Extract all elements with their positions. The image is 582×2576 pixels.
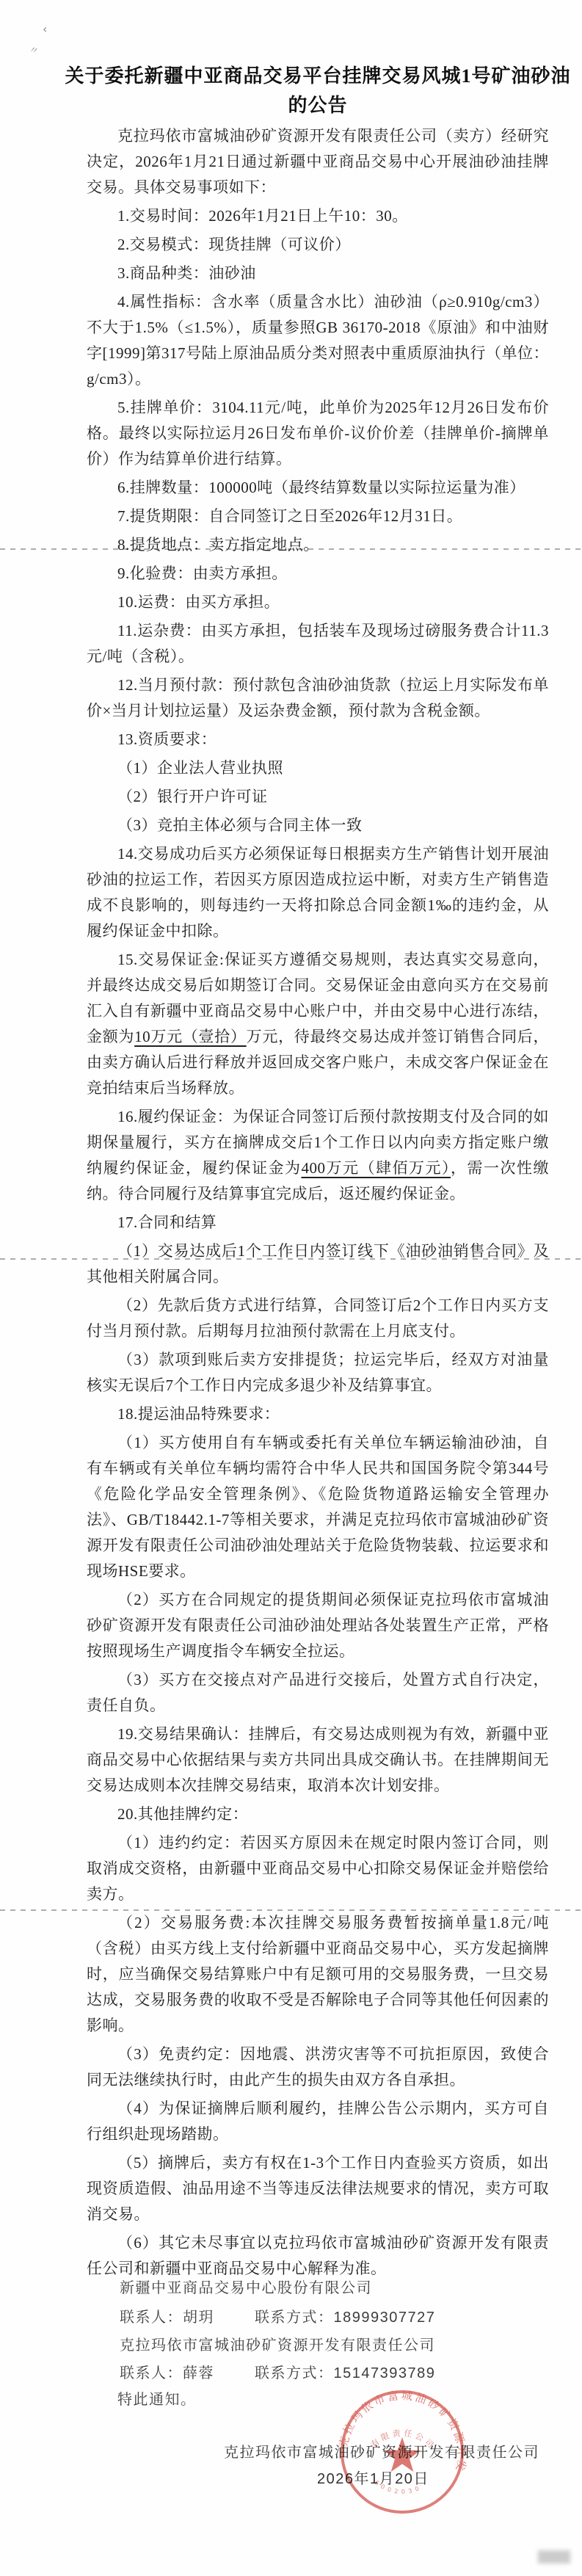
item-20-sub-2: （2）交易服务费:本次挂牌交易服务费暂按摘单量1.8元/吨（含税）由买方线上支付… (87, 1910, 549, 2039)
item-15: 15.交易保证金:保证买方遵循交易规则，表达真实交易意向，并最终达成交易后如期签… (87, 947, 549, 1101)
item-20-sub-6: （6）其它未尽事宜以克拉玛依市富城油砂矿资源开发有限责任公司和新疆中亚商品交易中… (87, 2230, 549, 2282)
item-20: 20.其他挂牌约定： (87, 1802, 549, 1827)
item-6: 6.挂牌数量：100000吨（最终结算数量以实际拉运量为准） (87, 475, 549, 501)
signature-contact-phone-2: 联系方式：15147393789 (255, 2361, 435, 2382)
item-18: 18.提运油品特殊要求： (87, 1401, 549, 1427)
item-13-sub-1: （1）企业法人营业执照 (87, 755, 549, 781)
scan-smudge (538, 2550, 570, 2564)
closing-notice: 特此通知。 (117, 2387, 197, 2409)
item-17-sub-2: （2）先款后货方式进行结算，合同签订后2个工作日内买方支付当月预付款。后期每月拉… (87, 1293, 549, 1344)
item-19: 19.交易结果确认：挂牌后，有交易达成则视为有效，新疆中亚商品交易中心依据结果与… (87, 1721, 549, 1799)
item-18-sub-3: （3）买方在交接点对产品进行交接后，处置方式自行决定，责任自负。 (87, 1667, 549, 1719)
item-5: 5.挂牌单价：3104.11元/吨，此单价为2025年12月26日发布价格。最终… (87, 395, 549, 472)
signature-org-exchange: 新疆中亚商品交易中心股份有限公司 (120, 2276, 372, 2297)
item-1: 1.交易时间：2026年1月21日上午10：30。 (87, 203, 549, 229)
title-line-2: 的公告 (56, 91, 580, 120)
intro: 克拉玛依市富城油砂矿资源开发有限责任公司（卖方）经研究决定，2026年1月21日… (87, 123, 549, 200)
item-11: 11.运杂费：由买方承担，包括装车及现场过磅服务费合计11.3元/吨（含税）。 (87, 618, 549, 670)
item-8: 8.提货地点：卖方指定地点。 (87, 532, 549, 558)
item-17: 17.合同和结算 (87, 1210, 549, 1236)
signature-contact-name-1: 联系人：胡玥 (120, 2305, 214, 2326)
item-17-sub-3: （3）款项到账后卖方安排提货；拉运完毕后，经双方对油量核实无误后7个工作日内完成… (87, 1347, 549, 1398)
item-20-sub-1: （1）违约约定：若因买方原因未在规定时限内签订合同，则取消成交资格，由新疆中亚商… (87, 1830, 549, 1907)
item-2: 2.交易模式：现货挂牌（可议价） (87, 232, 549, 258)
seal-serial-number: 6002030 (374, 2479, 423, 2495)
item-14: 14.交易成功后买方必须保证每日根据卖方生产销售计划开展油砂油的拉运工作，若因买… (87, 841, 549, 944)
item-9: 9.化验费：由卖方承担。 (87, 561, 549, 587)
item-17-sub-1: （1）交易达成后1个工作日内签订线下《油砂油销售合同》及其他相关附属合同。 (87, 1238, 549, 1290)
title-line-1: 关于委托新疆中亚商品交易平台挂牌交易风城1号矿油砂油 (56, 62, 580, 91)
item-20-sub-3: （3）免责约定：因地震、洪涝灾害等不可抗拒原因，致使合同无法继续执行时，由此产生… (87, 2042, 549, 2093)
scan-artifact-mark: 〃 (27, 41, 40, 57)
scanned-document-page: ‹ 〃 关于委托新疆中亚商品交易平台挂牌交易风城1号矿油砂油 的公告 克拉玛依市… (0, 0, 582, 2576)
item-18-sub-2: （2）买方在合同规定的提货期间必须保证克拉玛依市富城油砂矿资源开发有限责任公司油… (87, 1587, 549, 1664)
item-13-sub-3: （3）竞拍主体必须与合同主体一致 (87, 813, 549, 838)
item-3: 3.商品种类：油砂油 (87, 261, 549, 286)
item-18-sub-1: （1）买方使用自有车辆或委托有关单位车辆运输油砂油，自有车辆或有关单位车辆均需符… (87, 1430, 549, 1584)
item-13-sub-2: （2）银行开户许可证 (87, 784, 549, 810)
document-title: 关于委托新疆中亚商品交易平台挂牌交易风城1号矿油砂油 的公告 (56, 62, 580, 120)
item-10: 10.运费：由买方承担。 (87, 589, 549, 615)
item-12: 12.当月预付款：预付款包含油砂油货款（拉运上月实际发布单价×当月计划拉运量）及… (87, 672, 549, 724)
item-4: 4.属性指标：含水率（质量含水比）油砂油（ρ≥0.910g/cm3）不大于1.5… (87, 289, 549, 392)
document-body: 关于委托新疆中亚商品交易平台挂牌交易风城1号矿油砂油 的公告 克拉玛依市富城油砂… (87, 62, 549, 2282)
svg-text:6002030: 6002030 (374, 2479, 423, 2495)
item-7: 7.提货期限：自合同签订之日至2026年12月31日。 (87, 504, 549, 529)
scan-artifact-mark: ‹ (43, 22, 47, 36)
signature-org-seller: 克拉玛依市富城油砂矿资源开发有限责任公司 (120, 2333, 435, 2354)
signature-contact-phone-1: 联系方式：18999307727 (255, 2305, 435, 2326)
company-seal-stamp-icon: 克拉玛依市富城油砂矿资源开发 有限责任公司 6002030 (338, 2387, 467, 2517)
item-16: 16.履约保证金：为保证合同签订后预付款按期支付及合同的如期保量履行，买方在摘牌… (87, 1104, 549, 1207)
seal-star-icon (384, 2437, 420, 2472)
item-20-sub-5: （5）摘牌后，卖方有权在1-3个工作日内查验买方资质，如出现资质造假、油品用途不… (87, 2150, 549, 2227)
item-20-sub-4: （4）为保证摘牌后顺利履约，挂牌公告公示期内，买方可自行组织赴现场踏勘。 (87, 2096, 549, 2147)
document-paragraphs: 克拉玛依市富城油砂矿资源开发有限责任公司（卖方）经研究决定，2026年1月21日… (87, 123, 549, 2282)
signature-contact-name-2: 联系人：薛蓉 (120, 2361, 214, 2382)
item-13: 13.资质要求： (87, 727, 549, 752)
